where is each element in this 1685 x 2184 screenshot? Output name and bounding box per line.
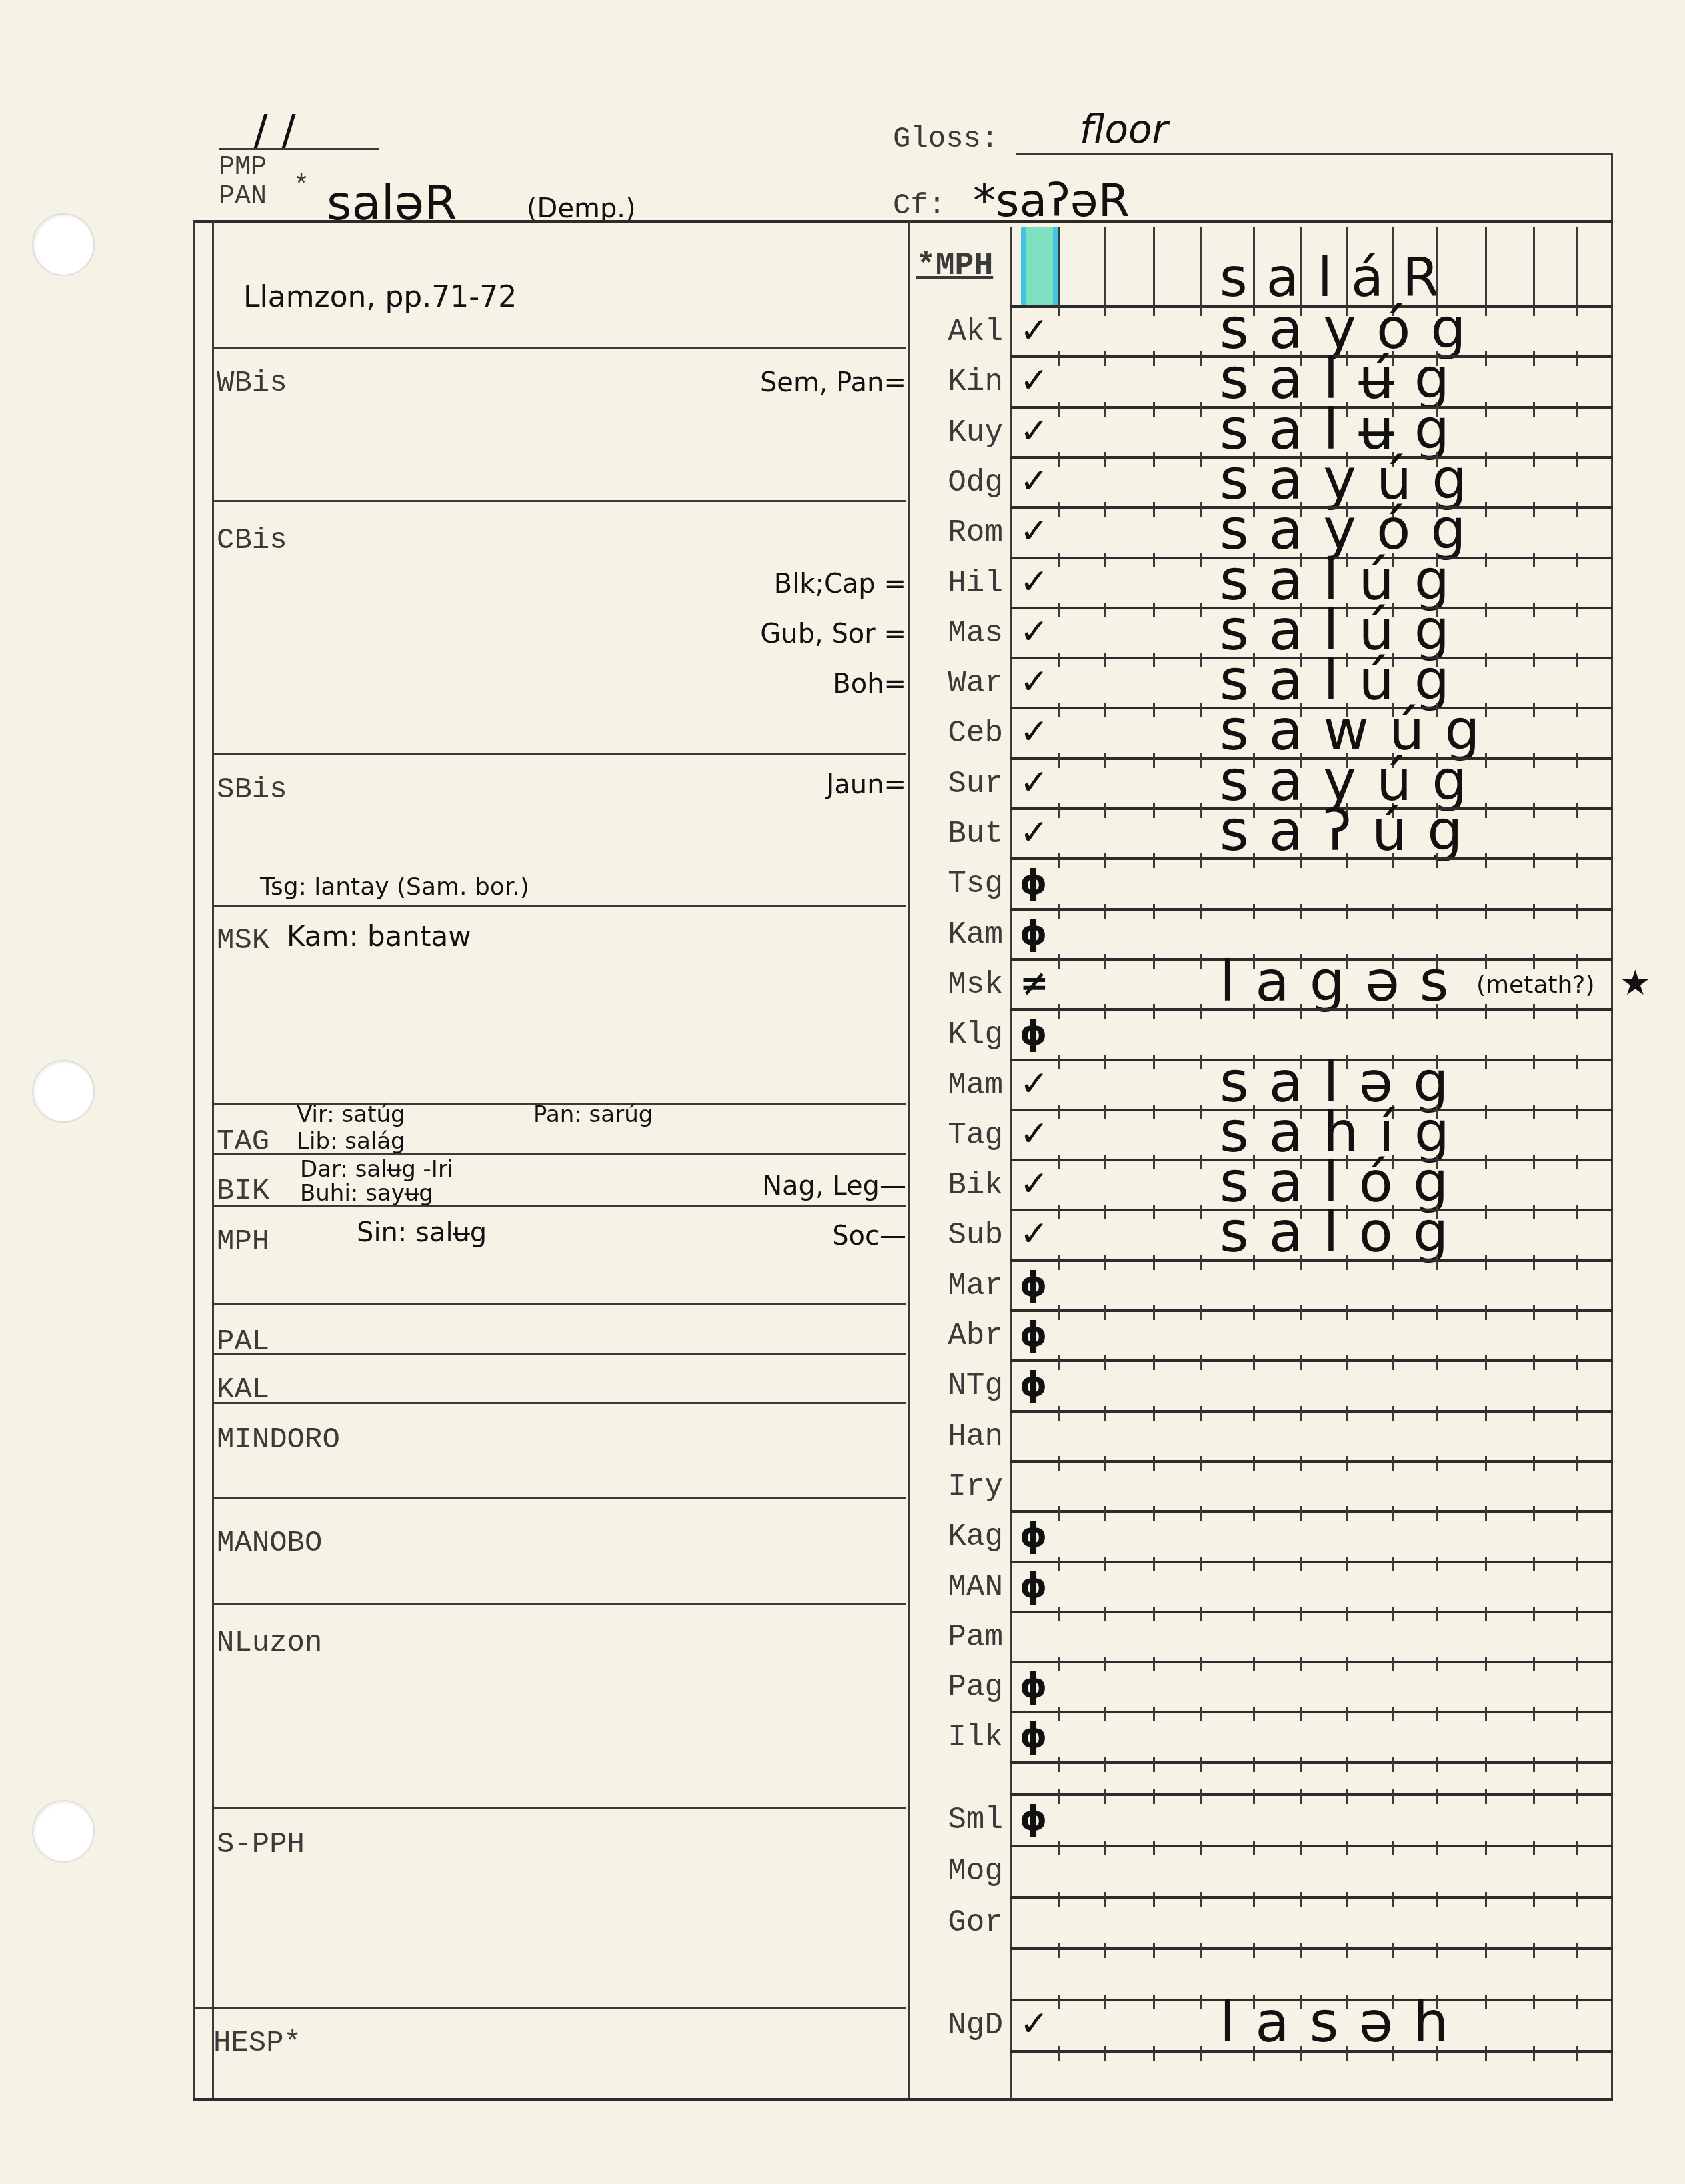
row-tick: [1392, 2046, 1394, 2061]
proto-label-pan: PAN: [219, 183, 267, 212]
row-tick: [1058, 1995, 1060, 2009]
row-tick: [1300, 2046, 1302, 2061]
row-tick: [1153, 753, 1155, 768]
row-tick: [1253, 1757, 1255, 1772]
row-tick: [1300, 1355, 1302, 1370]
row-tick: [1058, 1105, 1060, 1119]
section-mindoro: MINDORO: [217, 1423, 340, 1457]
row-tick: [1576, 553, 1578, 567]
row-tick: [1253, 1557, 1255, 1571]
row-tick: [1200, 1155, 1202, 1169]
row-tick: [1104, 1155, 1106, 1169]
row-tick: [1200, 1892, 1202, 1907]
lang-label-rom: Rom: [903, 515, 1003, 550]
row-rule: [1010, 1896, 1613, 1899]
row-tick: [1200, 351, 1202, 366]
row-tick: [1153, 954, 1155, 969]
row-tick: [1153, 1255, 1155, 1270]
row-tick: [1392, 1305, 1394, 1320]
row-tick: [1392, 1943, 1394, 1958]
row-tick: [1436, 1406, 1438, 1421]
row-tick: [1533, 653, 1535, 667]
row-tick: [1436, 1255, 1438, 1270]
row-tick: [1485, 553, 1487, 567]
grid-column-line: [1300, 227, 1302, 305]
row-tick: [1200, 1456, 1202, 1471]
row-tick: [1485, 402, 1487, 417]
cognate-note: Gub, Sor =: [760, 619, 906, 649]
binder-hole-middle: [32, 1060, 95, 1123]
row-tick: [1104, 753, 1106, 768]
gloss-value: floor: [1080, 107, 1168, 152]
row-rule: [1010, 1793, 1613, 1796]
row-tick: [1104, 853, 1106, 868]
row-tick: [1485, 1055, 1487, 1069]
row-tick: [1153, 1406, 1155, 1421]
row-tick: [1533, 1155, 1535, 1169]
row-tick: [1058, 402, 1060, 417]
row-tick: [1485, 1255, 1487, 1270]
row-tick: [1436, 1004, 1438, 1019]
row-tick: [1346, 1757, 1348, 1772]
row-tick: [1104, 1406, 1106, 1421]
row-tick: [1485, 351, 1487, 366]
row-tick: [1253, 853, 1255, 868]
cognate-note: Sem, Pan=: [760, 367, 906, 398]
row-tick: [1576, 402, 1578, 417]
row-tick: [1058, 1707, 1060, 1721]
row-tick: [1200, 1995, 1202, 2009]
row-tick: [1104, 351, 1106, 366]
row-tick: [1533, 1506, 1535, 1521]
section-mph: MPH: [217, 1225, 269, 1259]
row-tick: [1153, 904, 1155, 919]
row-tick: [1533, 1707, 1535, 1721]
lang-label-tag: Tag: [903, 1118, 1003, 1153]
row-tick: [1104, 1255, 1106, 1270]
row-tick: [1153, 452, 1155, 467]
row-rule: [1010, 1259, 1613, 1262]
lang-label-kin: Kin: [903, 365, 1003, 399]
row-tick: [1533, 1406, 1535, 1421]
gloss-label: Gloss:: [893, 123, 998, 156]
reference-note: Llamzon, pp.71-72: [243, 280, 517, 314]
row-tick: [1436, 1789, 1438, 1804]
check-icon: ✓: [1020, 1164, 1049, 1204]
row-tick: [1200, 2046, 1202, 2061]
check-icon: ✓: [1020, 411, 1049, 451]
row-tick: [1533, 452, 1535, 467]
grid-column-line: [1346, 227, 1348, 305]
row-tick: [1104, 553, 1106, 567]
row-tick: [1300, 1557, 1302, 1571]
row-tick: [1300, 1456, 1302, 1471]
row-tick: [1576, 753, 1578, 768]
row-tick: [1392, 1707, 1394, 1721]
row-tick: [1104, 2046, 1106, 2061]
row-tick: [1346, 1456, 1348, 1471]
row-tick: [1058, 1406, 1060, 1421]
note-tsg: Tsg: lantay (Sam. bor.): [260, 873, 529, 901]
check-icon: ✓: [1020, 763, 1049, 803]
row-tick: [1346, 1506, 1348, 1521]
row-tick: [1300, 1004, 1302, 1019]
cf-label: Cf:: [893, 189, 946, 223]
row-tick: [1200, 1557, 1202, 1571]
section-bik: BIK: [217, 1175, 269, 1208]
row-tick: [1533, 1943, 1535, 1958]
row-tick: [1533, 1456, 1535, 1471]
row-tick: [1200, 803, 1202, 818]
row-tick: [1200, 1004, 1202, 1019]
bottom-rule: [193, 2098, 1613, 2101]
row-tick: [1436, 1456, 1438, 1471]
lang-label-pag: Pag: [903, 1670, 1003, 1705]
row-tick: [1576, 1055, 1578, 1069]
row-tick: [1104, 1607, 1106, 1621]
row-tick: [1576, 1557, 1578, 1571]
row-tick: [1392, 1255, 1394, 1270]
lang-label-gor: Gor: [903, 1905, 1003, 1940]
row-tick: [1392, 1406, 1394, 1421]
section-pal: PAL: [217, 1325, 269, 1359]
row-tick: [1253, 1305, 1255, 1320]
row-tick: [1485, 1355, 1487, 1370]
lang-label-mas: Mas: [903, 616, 1003, 651]
row-tick: [1153, 603, 1155, 617]
row-tick: [1485, 1789, 1487, 1804]
row-tick: [1576, 1995, 1578, 2009]
lang-label-kam: Kam: [903, 917, 1003, 952]
row-tick: [1346, 1406, 1348, 1421]
row-tick: [1200, 1607, 1202, 1621]
row-tick: [1576, 1943, 1578, 1958]
row-tick: [1058, 1892, 1060, 1907]
row-tick: [1058, 1355, 1060, 1370]
row-tick: [1058, 1255, 1060, 1270]
row-tick: [1153, 1355, 1155, 1370]
row-tick: [1058, 1789, 1060, 1804]
lang-label-ngd: NgD: [903, 2008, 1003, 2043]
row-rule: [1010, 2050, 1613, 2053]
row-tick: [1104, 653, 1106, 667]
row-tick: [1200, 753, 1202, 768]
row-tick: [1104, 1757, 1106, 1772]
row-tick: [1253, 1789, 1255, 1804]
row-tick: [1200, 452, 1202, 467]
date-underline: [219, 148, 379, 150]
check-icon: ✓: [1020, 1064, 1049, 1104]
lang-label-klg: Klg: [903, 1017, 1003, 1052]
row-tick: [1153, 1305, 1155, 1320]
row-tick: [1576, 954, 1578, 969]
row-tick: [1058, 1657, 1060, 1671]
row-tick: [1533, 753, 1535, 768]
row-tick: [1058, 853, 1060, 868]
check-icon: ✓: [1020, 813, 1049, 853]
row-tick: [1485, 1105, 1487, 1119]
row-tick: [1253, 1607, 1255, 1621]
row-tick: [1576, 1155, 1578, 1169]
asterisk: *: [293, 172, 309, 202]
reflex-form: lagǝs: [1220, 949, 1469, 1014]
row-tick: [1253, 1456, 1255, 1471]
row-tick: [1153, 1004, 1155, 1019]
row-tick: [1104, 703, 1106, 717]
grid-column-line: [1392, 227, 1394, 305]
row-rule: [1010, 1510, 1613, 1513]
row-tick: [1485, 2046, 1487, 2061]
row-tick: [1346, 1305, 1348, 1320]
row-tick: [1200, 1355, 1202, 1370]
row-tick: [1253, 1892, 1255, 1907]
row-tick: [1346, 1789, 1348, 1804]
null-icon: ϕ: [1020, 1716, 1047, 1756]
row-tick: [1253, 1406, 1255, 1421]
check-icon: ✓: [1020, 1114, 1049, 1154]
row-tick: [1104, 1355, 1106, 1370]
check-icon: ✓: [1020, 2004, 1049, 2044]
star-icon: ★: [1620, 963, 1651, 1003]
row-tick: [1436, 904, 1438, 919]
row-tick: [1058, 1607, 1060, 1621]
row-tick: [1058, 753, 1060, 768]
highlight-marker: [1021, 227, 1058, 307]
row-tick: [1153, 1757, 1155, 1772]
row-tick: [1346, 1657, 1348, 1671]
row-tick: [1104, 1004, 1106, 1019]
row-tick: [1576, 452, 1578, 467]
grid-column-line: [1436, 227, 1438, 305]
row-rule: [1010, 1947, 1613, 1950]
row-tick: [1533, 301, 1535, 316]
row-rule: [1010, 1359, 1613, 1362]
row-tick: [1058, 301, 1060, 316]
row-tick: [1153, 1105, 1155, 1119]
row-tick: [1392, 1892, 1394, 1907]
lang-label-ceb: Ceb: [903, 716, 1003, 751]
row-tick: [1436, 1557, 1438, 1571]
row-tick: [1346, 1004, 1348, 1019]
row-tick: [1104, 1055, 1106, 1069]
row-tick: [1200, 1506, 1202, 1521]
row-tick: [1485, 1657, 1487, 1671]
row-tick: [1533, 904, 1535, 919]
row-tick: [1058, 1757, 1060, 1772]
row-tick: [1346, 1892, 1348, 1907]
row-tick: [1153, 1841, 1155, 1855]
row-tick: [1058, 603, 1060, 617]
binder-hole-top: [32, 213, 95, 276]
row-rule: [1010, 1711, 1613, 1713]
cognate-note: Jaun=: [826, 769, 906, 800]
lang-label-mam: Mam: [903, 1068, 1003, 1103]
row-tick: [1058, 1305, 1060, 1320]
cognate-note: Nag, Leg—: [762, 1171, 906, 1201]
row-tick: [1485, 1205, 1487, 1219]
row-tick: [1153, 1892, 1155, 1907]
row-tick: [1153, 803, 1155, 818]
row-tick: [1392, 1557, 1394, 1571]
note-buhi: Buhi: sayʉg: [300, 1180, 433, 1207]
row-tick: [1533, 1355, 1535, 1370]
row-tick: [1058, 1841, 1060, 1855]
note-lib: Lib: salág: [297, 1128, 405, 1155]
row-tick: [1153, 1943, 1155, 1958]
row-tick: [1153, 1456, 1155, 1471]
row-tick: [1104, 1657, 1106, 1671]
row-tick: [1436, 1943, 1438, 1958]
row-tick: [1104, 904, 1106, 919]
row-tick: [1058, 2046, 1060, 2061]
row-tick: [1200, 904, 1202, 919]
row-tick: [1533, 1841, 1535, 1855]
row-tick: [1300, 1789, 1302, 1804]
row-tick: [1300, 1943, 1302, 1958]
grid-column-line: [1104, 227, 1106, 305]
row-tick: [1436, 2046, 1438, 2061]
row-tick: [1253, 1255, 1255, 1270]
row-tick: [1533, 351, 1535, 366]
row-tick: [1346, 1841, 1348, 1855]
grid-column-line: [1576, 227, 1578, 305]
row-tick: [1533, 1004, 1535, 1019]
row-tick: [1346, 1557, 1348, 1571]
section-nluzon: NLuzon: [217, 1627, 322, 1660]
lang-label-sml: Sml: [903, 1803, 1003, 1837]
section-manobo: MANOBO: [217, 1527, 322, 1560]
row-tick: [1485, 954, 1487, 969]
row-tick: [1392, 1789, 1394, 1804]
row-tick: [1104, 1943, 1106, 1958]
row-tick: [1485, 653, 1487, 667]
row-tick: [1153, 2046, 1155, 2061]
row-tick: [1485, 1557, 1487, 1571]
row-tick: [1576, 2046, 1578, 2061]
null-icon: ϕ: [1020, 1799, 1047, 1839]
row-tick: [1533, 853, 1535, 868]
section-wbis: WBis: [217, 367, 287, 400]
mph-label: *MPH: [916, 248, 993, 284]
row-tick: [1392, 1456, 1394, 1471]
row-rule: [1010, 1561, 1613, 1563]
row-tick: [1533, 1557, 1535, 1571]
gloss-underline: [1016, 153, 1613, 155]
row-tick: [1485, 1841, 1487, 1855]
row-tick: [1533, 1255, 1535, 1270]
lang-label-but: But: [903, 817, 1003, 851]
row-tick: [1576, 502, 1578, 517]
row-tick: [1533, 1892, 1535, 1907]
lang-label-mog: Mog: [903, 1854, 1003, 1889]
row-tick: [1058, 1557, 1060, 1571]
row-tick: [1576, 1707, 1578, 1721]
null-icon: ϕ: [1020, 1365, 1047, 1405]
row-tick: [1200, 1657, 1202, 1671]
row-tick: [1153, 553, 1155, 567]
row-tick: [1485, 1995, 1487, 2009]
row-tick: [1200, 1205, 1202, 1219]
row-tick: [1104, 452, 1106, 467]
row-tick: [1300, 1255, 1302, 1270]
row-tick: [1200, 1055, 1202, 1069]
lang-label-sur: Sur: [903, 767, 1003, 801]
row-tick: [1436, 1892, 1438, 1907]
row-tick: [1576, 1406, 1578, 1421]
row-tick: [1104, 954, 1106, 969]
row-tick: [1576, 1105, 1578, 1119]
grid-column-line: [1253, 227, 1255, 305]
row-tick: [1300, 1707, 1302, 1721]
section-hesp: HESP*: [213, 2027, 301, 2060]
row-tick: [1576, 1004, 1578, 1019]
row-tick: [1533, 502, 1535, 517]
note-sin: Sin: salʉg: [357, 1217, 487, 1248]
null-icon: ϕ: [1020, 1566, 1047, 1606]
row-rule: [1010, 857, 1613, 860]
row-tick: [1392, 1757, 1394, 1772]
row-tick: [1300, 853, 1302, 868]
row-tick: [1576, 703, 1578, 717]
row-rule: [1010, 1611, 1613, 1613]
check-icon: ✓: [1020, 311, 1049, 351]
lang-label-ilk: Ilk: [903, 1720, 1003, 1755]
null-icon: ϕ: [1020, 1666, 1047, 1706]
section-cbis: CBis: [217, 524, 287, 557]
row-tick: [1392, 1506, 1394, 1521]
row-tick: [1253, 904, 1255, 919]
row-tick: [1153, 1205, 1155, 1219]
row-tick: [1576, 653, 1578, 667]
row-tick: [1200, 1105, 1202, 1119]
row-tick: [1104, 1456, 1106, 1471]
check-icon: ✓: [1020, 461, 1049, 501]
row-tick: [1576, 1892, 1578, 1907]
lang-label-hil: Hil: [903, 566, 1003, 601]
row-tick: [1200, 1406, 1202, 1421]
row-tick: [1576, 1757, 1578, 1772]
row-tick: [1533, 1657, 1535, 1671]
row-tick: [1533, 1205, 1535, 1219]
row-tick: [1200, 1943, 1202, 1958]
row-tick: [1300, 1607, 1302, 1621]
row-tick: [1436, 1657, 1438, 1671]
check-icon: ✓: [1020, 361, 1049, 401]
row-tick: [1104, 803, 1106, 818]
grid-column-line: [1153, 227, 1155, 305]
row-tick: [1253, 1841, 1255, 1855]
check-icon: ✓: [1020, 712, 1049, 752]
row-tick: [1533, 553, 1535, 567]
section-tag: TAG: [217, 1125, 269, 1159]
row-tick: [1104, 1707, 1106, 1721]
row-tick: [1576, 1305, 1578, 1320]
row-tick: [1533, 954, 1535, 969]
row-tick: [1058, 1943, 1060, 1958]
row-tick: [1200, 853, 1202, 868]
row-tick: [1153, 1657, 1155, 1671]
row-tick: [1576, 1607, 1578, 1621]
row-tick: [1533, 1757, 1535, 1772]
row-tick: [1153, 703, 1155, 717]
row-tick: [1058, 1055, 1060, 1069]
row-tick: [1485, 1607, 1487, 1621]
row-tick: [1200, 1707, 1202, 1721]
check-icon: ✓: [1020, 1214, 1049, 1254]
left-panel-inner-border: [212, 220, 214, 2100]
row-tick: [1436, 1355, 1438, 1370]
row-tick: [1200, 402, 1202, 417]
